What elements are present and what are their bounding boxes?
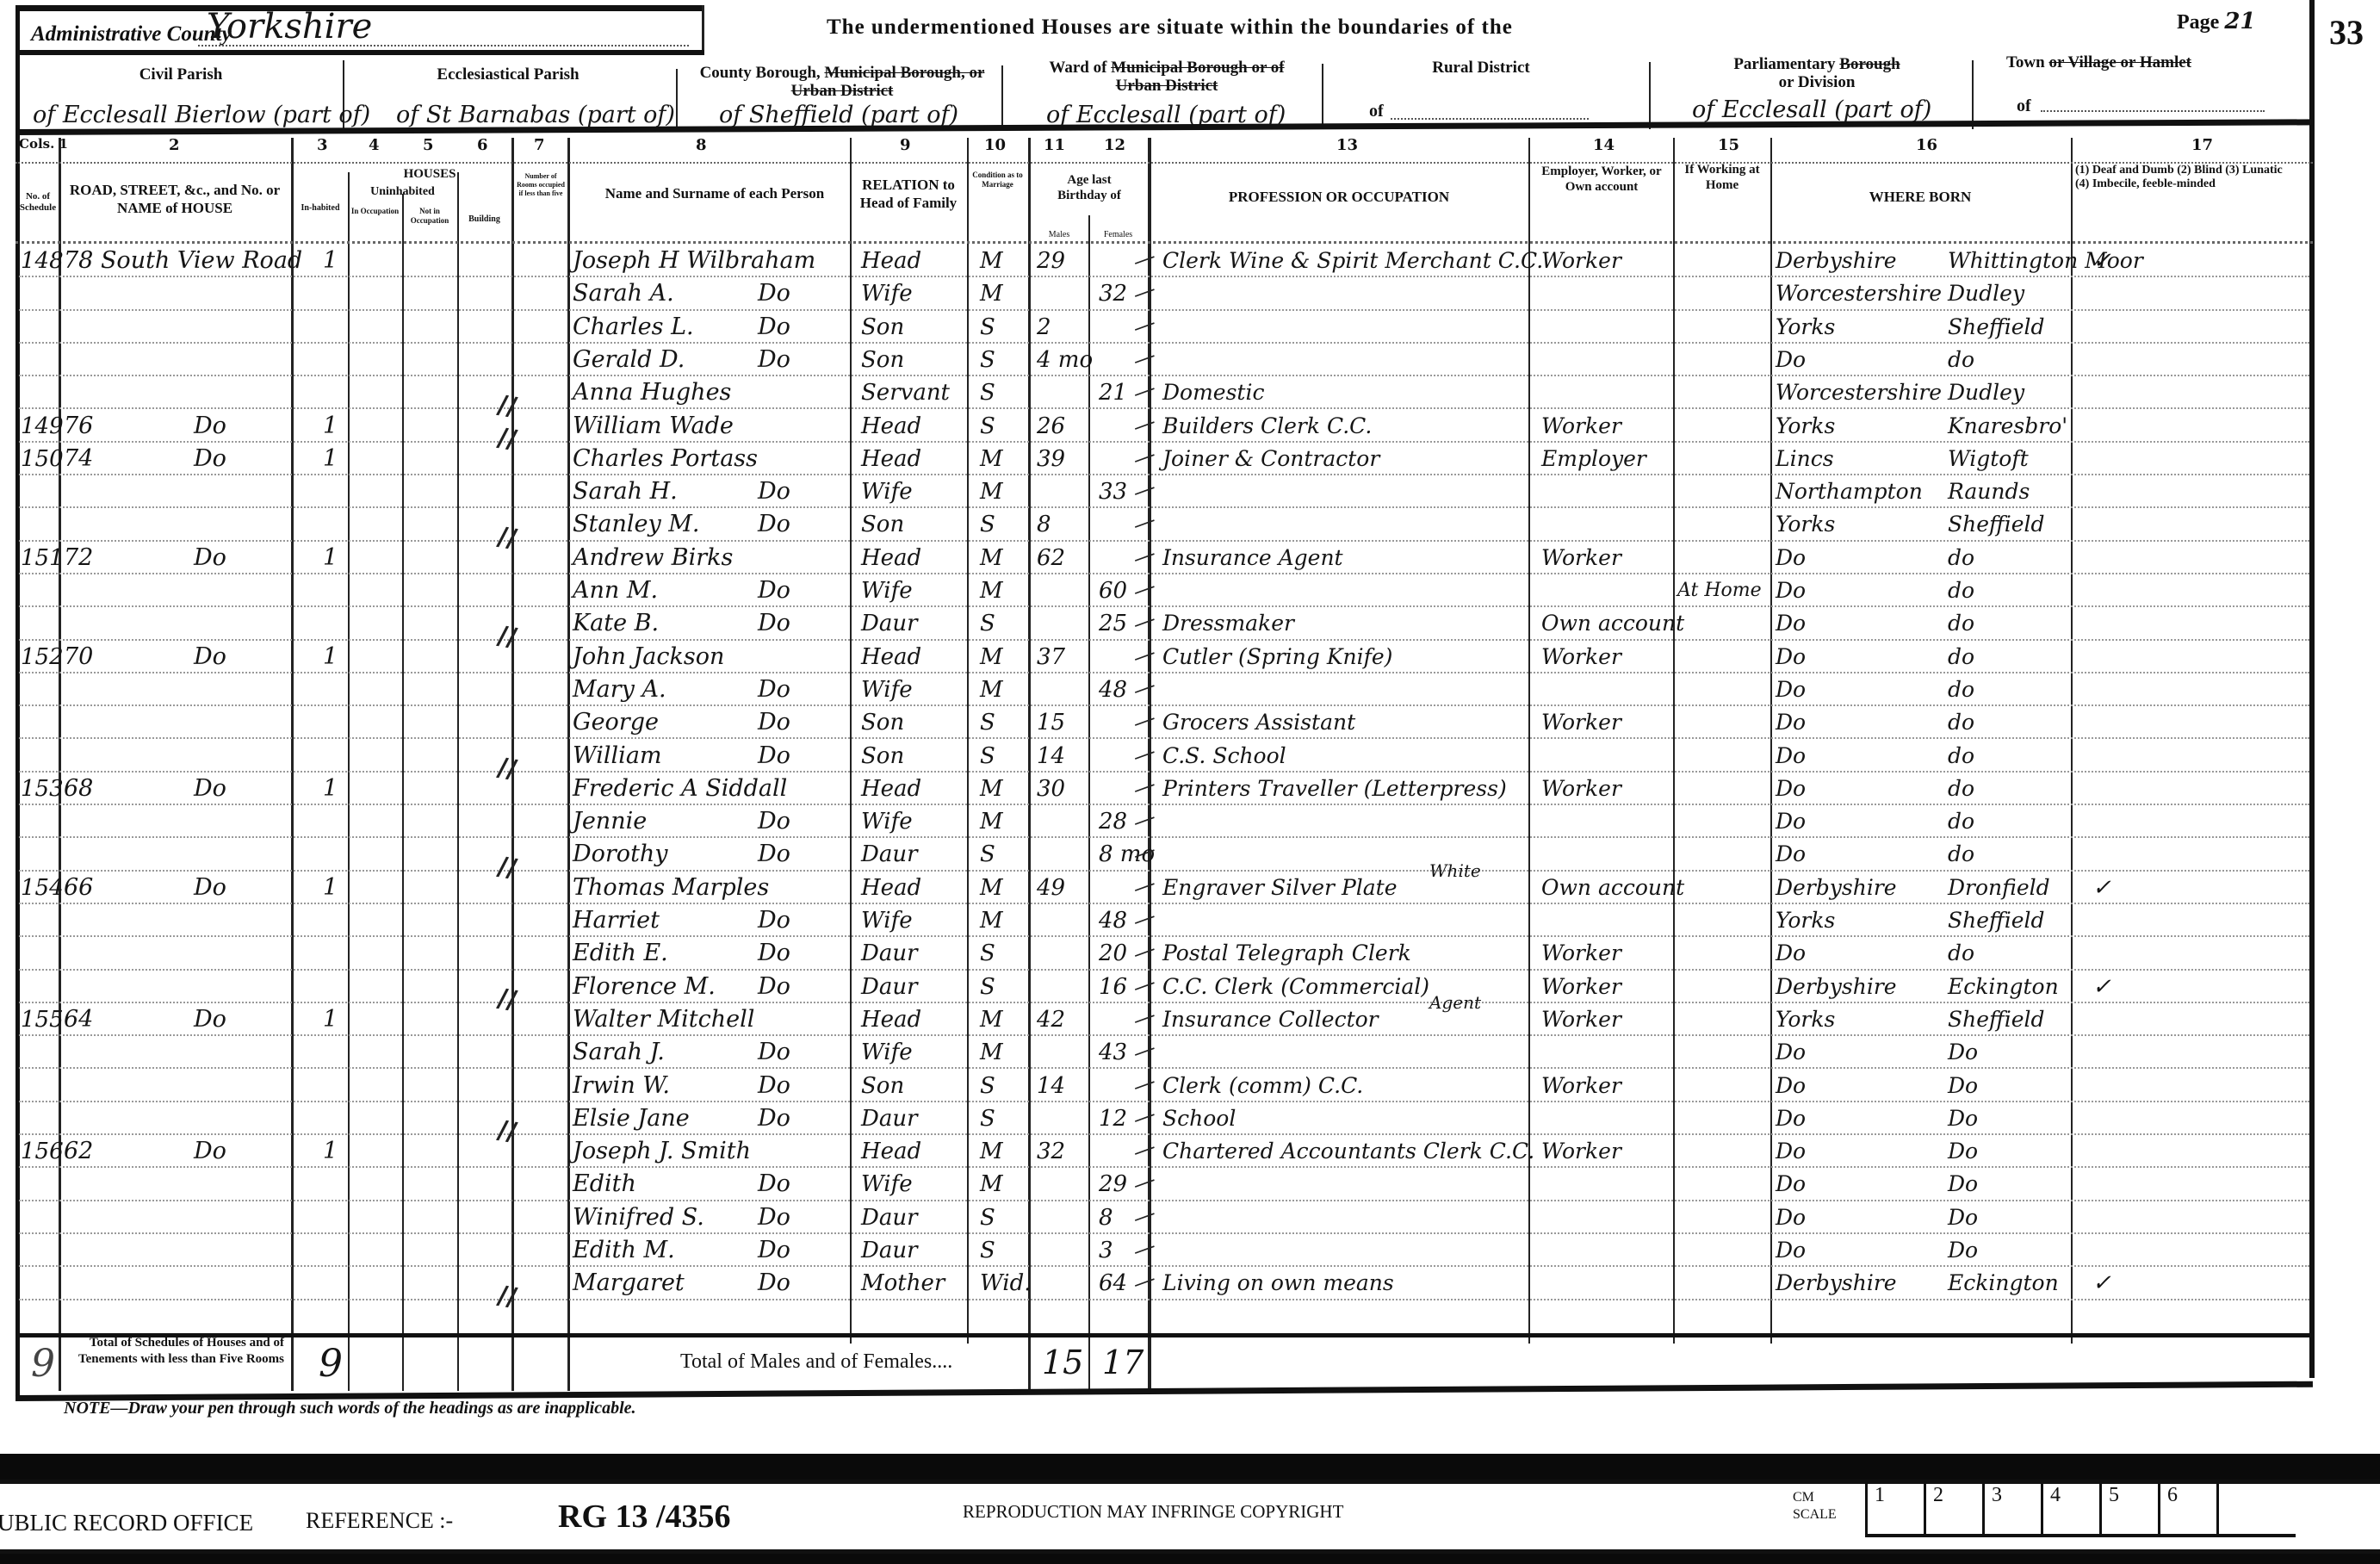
tally-tick-mark: — (1130, 804, 1160, 836)
cell-born-county: Do (1776, 641, 1806, 673)
cell-male-age: 49 (1037, 872, 1065, 904)
cell-male-age: 4 mo (1037, 344, 1093, 376)
cell-relation: Daur (861, 838, 918, 871)
cell-name: Kate B. (573, 607, 659, 640)
cell-condition: S (980, 838, 995, 871)
cell-condition: M (980, 641, 1003, 673)
cell-name: Edith M. (573, 1234, 675, 1267)
cell-born-county: Do (1776, 1135, 1806, 1168)
cell-name: George (573, 706, 659, 739)
table-row: Irwin W.DoSonS14Clerk (comm) C.C.WorkerD… (0, 1070, 2380, 1102)
cell-female-age: 8 (1099, 1201, 1113, 1234)
col-header-uninhabited: Uninhabited (348, 183, 457, 201)
table-row: Edith E.DoDaurS20Postal Telegraph ClerkW… (0, 937, 2380, 970)
cell-female-age: 29 (1099, 1168, 1127, 1201)
table-row: 15270Do1John JacksonHeadM37Cutler (Sprin… (0, 641, 2380, 673)
cell-condition: S (980, 607, 995, 640)
cell-relation: Wife (861, 1036, 913, 1069)
cell-female-age: 43 (1099, 1036, 1127, 1069)
cell-born-place: Sheffield (1948, 1003, 2045, 1036)
cell-road-do: Do (194, 443, 226, 475)
cell-condition: M (980, 1135, 1003, 1168)
table-row: DorothyDoDaurS8 moDodo— (0, 838, 2380, 871)
ecclesiastical-parish-label: Ecclesiastical Parish (396, 65, 620, 84)
cell-occupation: Insurance Collector (1162, 1003, 1379, 1036)
table-row: Kate B.DoDaurS25DressmakerOwn accountDod… (0, 607, 2380, 640)
cell-born-county: Do (1776, 344, 1806, 376)
hdr-sep-2 (676, 69, 678, 129)
county-borough-label: County Borough, Municipal Borough, or Ur… (696, 64, 989, 100)
cell-schedule: 155 (21, 1003, 64, 1036)
cell-female-age: 12 (1099, 1102, 1127, 1135)
col-header-condition: Condition as to Marriage (967, 171, 1028, 189)
cell-surname: Do (758, 311, 790, 344)
cell-condition: M (980, 904, 1003, 937)
cell-relation: Servant (861, 376, 950, 409)
cell-born-county: Do (1776, 937, 1806, 970)
civil-parish-label: Civil Parish (86, 65, 276, 84)
cell-name: Ann M. (573, 574, 658, 607)
town-underline (2041, 110, 2265, 112)
cell-born-place: Knaresbro' (1948, 410, 2067, 443)
cell-surname: Do (758, 1036, 790, 1069)
colnum-12: 12 (1104, 136, 1125, 154)
col-header-name: Name and Surname of each Person (594, 184, 835, 202)
cell-road-do: Do (194, 773, 226, 805)
cell-name: Andrew Birks (573, 542, 733, 574)
cell-born-county: Yorks (1776, 410, 1835, 443)
colnum-2: 2 (169, 136, 180, 154)
table-row: 15564Do1Walter MitchellHeadM42Insurance … (0, 1003, 2380, 1036)
cell-road-do: Do (194, 641, 226, 673)
cell-occupation: Clerk Wine & Spirit Merchant C.C. (1162, 245, 1543, 277)
cell-born-place: Do (1948, 1036, 1978, 1069)
cell-born-county: Do (1776, 1102, 1806, 1135)
table-row: Mary A.DoWifeM48Dodo— (0, 673, 2380, 706)
cell-born-county: Do (1776, 673, 1806, 706)
cell-born-county: Do (1776, 607, 1806, 640)
cell-relation: Head (861, 1135, 921, 1168)
col-header-occupation: PROFESSION OR OCCUPATION (1158, 188, 1520, 206)
tally-tick-mark: — (1130, 243, 1160, 275)
cell-born-place: Do (1948, 1102, 1978, 1135)
table-row: Sarah H.DoWifeM33NorthamptonRaunds— (0, 475, 2380, 508)
cell-relation: Head (861, 872, 921, 904)
footer-scale-cm: CM (1793, 1489, 1837, 1506)
cell-born-place: Do (1948, 1135, 1978, 1168)
parliamentary-value: of Ecclesall (part of) (1692, 96, 1931, 123)
cell-schedule: 149 (21, 410, 64, 443)
parliamentary-label-kept: Parliamentary (1733, 55, 1835, 73)
cell-schedule: 156 (21, 1135, 64, 1168)
page-label-text: Page (2177, 11, 2219, 34)
cell-relation: Wife (861, 277, 913, 310)
cell-road: 70 (64, 641, 93, 673)
hdr-sep-6 (1972, 60, 1974, 129)
cell-relation: Daur (861, 1102, 918, 1135)
cell-born-place: Do (1948, 1234, 1978, 1267)
cell-relation: Head (861, 245, 921, 277)
table-row: 15662Do1Joseph J. SmithHeadM32Chartered … (0, 1135, 2380, 1168)
cell-male-age: 42 (1037, 1003, 1065, 1036)
table-row: Gerald D.DoSonS4 moDodo— (0, 344, 2380, 376)
cell-born-place: do (1948, 937, 1974, 970)
cell-relation: Daur (861, 1234, 918, 1267)
col-header-relation: RELATION to Head of Family (850, 176, 967, 212)
cell-road-do: Do (194, 1003, 226, 1036)
cell-name: Frederic A Siddall (573, 773, 787, 805)
table-row: Sarah A.DoWifeM32WorcestershireDudley— (0, 277, 2380, 310)
cell-surname: Do (758, 1234, 790, 1267)
cell-employer: Worker (1541, 706, 1621, 739)
admin-county-underline (198, 45, 689, 47)
town-label-kept: Town (2006, 53, 2045, 71)
cell-occupation: Chartered Accountants Clerk C.C. (1162, 1135, 1534, 1168)
cell-occupation: Printers Traveller (Letterpress) (1162, 773, 1507, 805)
admin-county-box-bottom (15, 50, 704, 55)
cell-schedule: 154 (21, 872, 64, 904)
cm-scale-tick: 4 (2041, 1484, 2099, 1534)
col-header-schedule: No. of Schedule (17, 191, 59, 214)
table-row: Ann M.DoWifeM60At HomeDodo— (0, 574, 2380, 607)
cell-employer: Worker (1541, 773, 1621, 805)
cell-born-place: do (1948, 607, 1974, 640)
cell-condition: M (980, 574, 1003, 607)
colnum-3: 3 (317, 136, 328, 154)
colnum-7: 7 (534, 136, 545, 154)
cell-relation: Wife (861, 475, 913, 508)
cell-condition: S (980, 410, 995, 443)
ward-label-struck: Municipal Borough or of Urban District (1111, 59, 1284, 95)
colnum-13: 13 (1336, 136, 1358, 154)
footer-reference-label: REFERENCE :- (306, 1508, 453, 1534)
cm-scale-tick: 1 (1865, 1484, 1924, 1534)
cell-born-county: Do (1776, 740, 1806, 773)
cell-employer: Worker (1541, 245, 1621, 277)
cell-name: Elsie Jane (573, 1102, 690, 1135)
colnum-4: 4 (369, 136, 380, 154)
table-row: EdithDoWifeM29DoDo— (0, 1168, 2380, 1201)
cell-relation: Son (861, 311, 904, 344)
civil-parish-value: of Ecclesall Bierlow (part of) (33, 102, 370, 128)
table-row: Winifred S.DoDaurS8DoDo— (0, 1201, 2380, 1234)
cell-born-county: Derbyshire (1776, 1267, 1897, 1300)
cell-name: Charles Portass (573, 443, 758, 475)
cell-name: Sarah J. (573, 1036, 665, 1069)
cell-occupation: C.S. School (1162, 740, 1286, 773)
cell-employer: Worker (1541, 937, 1621, 970)
table-row: GeorgeDoSonS15Grocers AssistantWorkerDod… (0, 706, 2380, 739)
cell-male-age: 62 (1037, 542, 1065, 574)
admin-county-box-right (702, 5, 704, 50)
cell-female-age: 48 (1099, 673, 1127, 706)
cell-condition: S (980, 706, 995, 739)
cell-inhabited: 1 (323, 1135, 338, 1168)
cell-male-age: 8 (1037, 508, 1051, 541)
colnum-11: 11 (1044, 136, 1065, 154)
col-header-rooms: Number of Rooms occupied if less than fi… (514, 172, 567, 198)
col-header-houses: HOUSES (348, 165, 511, 183)
tally-tick-mark: — (1130, 375, 1160, 407)
table-row: Anna HughesServantS21DomesticWorcestersh… (0, 376, 2380, 409)
cell-condition: S (980, 508, 995, 541)
footer-scale-label: CM SCALE (1793, 1489, 1837, 1524)
cell-employer: Own account (1541, 872, 1684, 904)
cell-infirmity: ✓ (2092, 1267, 2111, 1300)
cell-born-county: Yorks (1776, 904, 1835, 937)
cell-road-do: Do (194, 872, 226, 904)
cell-road: 72 (64, 542, 93, 574)
cell-born-county: Yorks (1776, 508, 1835, 541)
cell-name: Walter Mitchell (573, 1003, 754, 1036)
cell-employer: Worker (1541, 1070, 1621, 1102)
cell-male-age: 14 (1037, 740, 1065, 773)
cell-schedule: 151 (21, 542, 64, 574)
cell-surname: Do (758, 1201, 790, 1234)
tally-tick-mark: — (1130, 1002, 1160, 1033)
totals-males: 15 (1042, 1344, 1083, 1381)
cell-born-place: Dudley (1948, 376, 2024, 409)
cell-born-county: Derbyshire (1776, 872, 1897, 904)
cell-surname: Do (758, 574, 790, 607)
cell-employer: Worker (1541, 1003, 1621, 1036)
tally-tick-mark: — (1130, 1200, 1160, 1232)
cell-occupation: Clerk (comm) C.C. (1162, 1070, 1363, 1102)
cell-condition: M (980, 673, 1003, 706)
cell-born-place: do (1948, 740, 1974, 773)
cell-female-age: 20 (1099, 937, 1127, 970)
cell-born-place: Dronfield (1948, 872, 2050, 904)
cell-occupation: Joiner & Contractor (1162, 443, 1379, 475)
cell-surname: Do (758, 740, 790, 773)
footer-reference-value: RG 13 /4356 (558, 1498, 731, 1536)
cell-relation: Head (861, 641, 921, 673)
colnum-8: 8 (696, 136, 707, 154)
col-header-infirmity: (1) Deaf and Dumb (2) Blind (3) Lunatic … (2075, 164, 2286, 191)
cell-male-age: 37 (1037, 641, 1065, 673)
cell-name: Charles L. (573, 311, 694, 344)
parliamentary-label-division: or Division (1779, 73, 1856, 91)
col-header-in-occupation: In Occupation (348, 207, 402, 216)
tally-tick-mark: — (1130, 672, 1160, 704)
tally-tick-mark: — (1130, 639, 1160, 671)
rural-district-underline (1391, 118, 1589, 120)
cell-occupation: Domestic (1162, 376, 1264, 409)
cell-name: Margaret (573, 1267, 685, 1300)
cell-road: 62 (64, 1135, 93, 1168)
cm-scale-tick: 5 (2099, 1484, 2158, 1534)
cell-employer: Worker (1541, 641, 1621, 673)
col-header-road: ROAD, STREET, &c., and No. or NAME of HO… (67, 181, 282, 217)
cell-road: 66 (64, 872, 93, 904)
tally-tick-mark: — (1130, 276, 1160, 308)
cell-relation: Wife (861, 904, 913, 937)
cell-occupation: Dressmaker (1162, 607, 1294, 640)
footer-office: PUBLIC RECORD OFFICE (0, 1510, 253, 1536)
table-row: Sarah J.DoWifeM43DoDo— (0, 1036, 2380, 1069)
cm-scale: 123456 (1865, 1484, 2296, 1537)
cell-female-age: 3 (1099, 1234, 1113, 1267)
cell-relation: Daur (861, 1201, 918, 1234)
table-row: 15368Do1Frederic A SiddallHeadM30Printer… (0, 773, 2380, 805)
col-header-where-born: WHERE BORN (1774, 188, 2067, 206)
cell-occupation: Living on own means (1162, 1267, 1394, 1300)
cell-male-age: 26 (1037, 410, 1065, 443)
table-row: WilliamDoSonS14C.S. SchoolDodo— (0, 740, 2380, 773)
cell-female-age: 28 (1099, 805, 1127, 838)
cell-surname: Do (758, 508, 790, 541)
cell-road: 76 (64, 410, 93, 443)
cell-born-county: Do (1776, 1234, 1806, 1267)
cell-occupation-note: White (1429, 854, 1481, 887)
cell-female-age: 16 (1099, 971, 1127, 1003)
cell-name: Stanley M. (573, 508, 700, 541)
cell-condition: M (980, 773, 1003, 805)
ecclesiastical-parish-value: of St Barnabas (part of) (396, 102, 675, 128)
cell-condition: M (980, 1168, 1003, 1201)
cell-relation: Wife (861, 673, 913, 706)
county-borough-label-struck: Municipal Borough, or Urban District (791, 64, 985, 100)
county-borough-label-kept: County Borough, (700, 64, 821, 82)
cell-male-age: 29 (1037, 245, 1065, 277)
cell-condition: M (980, 872, 1003, 904)
cell-surname: Do (758, 673, 790, 706)
cell-name: Sarah A. (573, 277, 674, 310)
cell-inhabited: 1 (323, 773, 338, 805)
cell-surname: Do (758, 706, 790, 739)
totals-persons-label: Total of Males and of Females.... (680, 1350, 952, 1374)
tally-tick-mark: — (1130, 1232, 1160, 1264)
col-header-employer: Employer, Worker, or Own account (1533, 164, 1670, 195)
cell-name: Florence M. (573, 971, 716, 1003)
cell-condition: S (980, 344, 995, 376)
cell-born-place: Sheffield (1948, 508, 2045, 541)
tally-tick-mark: — (1130, 903, 1160, 934)
cell-road: 64 (64, 1003, 93, 1036)
tally-tick-mark: — (1130, 870, 1160, 902)
cell-born-county: Do (1776, 1201, 1806, 1234)
cm-scale-tick: 2 (1924, 1484, 1982, 1534)
cell-condition: M (980, 1036, 1003, 1069)
cell-employer: Worker (1541, 542, 1621, 574)
cell-occupation: Cutler (Spring Knife) (1162, 641, 1392, 673)
table-row: 14878 South View Road1Joseph H Wilbraham… (0, 245, 2380, 277)
cm-scale-tick: 3 (1982, 1484, 2041, 1534)
cell-condition: M (980, 475, 1003, 508)
cell-surname: Do (758, 904, 790, 937)
cell-condition: S (980, 1102, 995, 1135)
cell-condition: S (980, 1234, 995, 1267)
cell-male-age: 14 (1037, 1070, 1065, 1102)
tally-tick-mark: — (1130, 441, 1160, 473)
tally-tick-mark: — (1130, 408, 1160, 440)
cell-surname: Do (758, 344, 790, 376)
colnum-9: 9 (900, 136, 911, 154)
admin-county-value: Yorkshire (207, 7, 372, 47)
cell-condition: S (980, 937, 995, 970)
tally-tick-mark: — (1130, 1101, 1160, 1133)
cell-relation: Head (861, 542, 921, 574)
cell-surname: Do (758, 1267, 790, 1300)
colnum-10: 10 (984, 136, 1006, 154)
cell-surname: Do (758, 277, 790, 310)
cm-scale-end (2216, 1484, 2275, 1534)
tally-tick-mark: — (1130, 309, 1160, 341)
hdr-sep-5 (1649, 62, 1651, 129)
ward-label: Ward of Municipal Borough or of Urban Di… (1029, 59, 1305, 95)
cell-name: Edith E. (573, 937, 668, 970)
cell-name: Harriet (573, 904, 660, 937)
cell-born-place: do (1948, 344, 1974, 376)
cell-inhabited: 1 (323, 410, 338, 443)
cell-condition: S (980, 740, 995, 773)
cell-born-place: Whittington Moor (1948, 245, 2143, 277)
cell-surname: Do (758, 1070, 790, 1102)
cell-name: John Jackson (573, 641, 724, 673)
cell-born-place: do (1948, 706, 1974, 739)
cell-born-place: Do (1948, 1201, 1978, 1234)
tally-tick-mark: — (1130, 342, 1160, 374)
cell-name: Joseph J. Smith (573, 1135, 751, 1168)
cell-road: 68 (64, 773, 93, 805)
parliamentary-label: Parliamentary Borough or Division (1688, 55, 1946, 91)
cell-born-county: Do (1776, 838, 1806, 871)
cell-relation: Daur (861, 607, 918, 640)
cell-born-place: do (1948, 838, 1974, 871)
cell-born-county: Lincs (1776, 443, 1834, 475)
cell-relation: Head (861, 410, 921, 443)
totals-houses-count: 9 (319, 1342, 343, 1386)
footer-copyright: REPRODUCTION MAY INFRINGE COPYRIGHT (963, 1501, 1343, 1523)
cell-born-county: Do (1776, 1036, 1806, 1069)
cell-born-place: Raunds (1948, 475, 2030, 508)
table-row: 14976Do1William WadeHeadS26Builders Cler… (0, 410, 2380, 443)
tally-tick-mark: — (1130, 936, 1160, 968)
town-label-struck: or Village or Hamlet (2048, 53, 2191, 71)
tally-tick-mark: — (1130, 969, 1160, 1001)
cell-road-do: Do (194, 542, 226, 574)
cell-relation: Son (861, 508, 904, 541)
cell-infirmity: ✓ (2092, 872, 2111, 904)
tally-tick-mark: — (1130, 1068, 1160, 1100)
county-borough-value: of Sheffield (part of) (719, 102, 958, 128)
census-page: Administrative County Yorkshire The unde… (0, 0, 2380, 1564)
cell-born-county: Do (1776, 1168, 1806, 1201)
table-row: 15172Do1Andrew BirksHeadM62Insurance Age… (0, 542, 2380, 574)
colnum-1: Cols. 1 (19, 136, 68, 152)
cell-born-place: do (1948, 574, 1974, 607)
cell-male-age: 30 (1037, 773, 1065, 805)
cell-born-county: Northampton (1776, 475, 1923, 508)
cell-inhabited: 1 (323, 443, 338, 475)
cell-name: Sarah H. (573, 475, 678, 508)
column-header-bottom-rule (15, 241, 2313, 244)
colnum-14: 14 (1593, 136, 1615, 154)
cell-condition: M (980, 542, 1003, 574)
totals-schedules-count: 9 (31, 1342, 55, 1386)
cell-male-age: 2 (1037, 311, 1051, 344)
cell-relation: Wife (861, 574, 913, 607)
cell-born-county: Worcestershire (1776, 376, 1942, 409)
cell-born-county: Derbyshire (1776, 971, 1897, 1003)
cell-name: Winifred S. (573, 1201, 704, 1234)
cell-surname: Do (758, 1102, 790, 1135)
cell-occupation: School (1162, 1102, 1236, 1135)
cell-infirmity: ✓ (2092, 971, 2111, 1003)
cell-surname: Do (758, 607, 790, 640)
table-row: Elsie JaneDoDaurS12SchoolDoDo— (0, 1102, 2380, 1135)
colnum-15: 15 (1718, 136, 1739, 154)
